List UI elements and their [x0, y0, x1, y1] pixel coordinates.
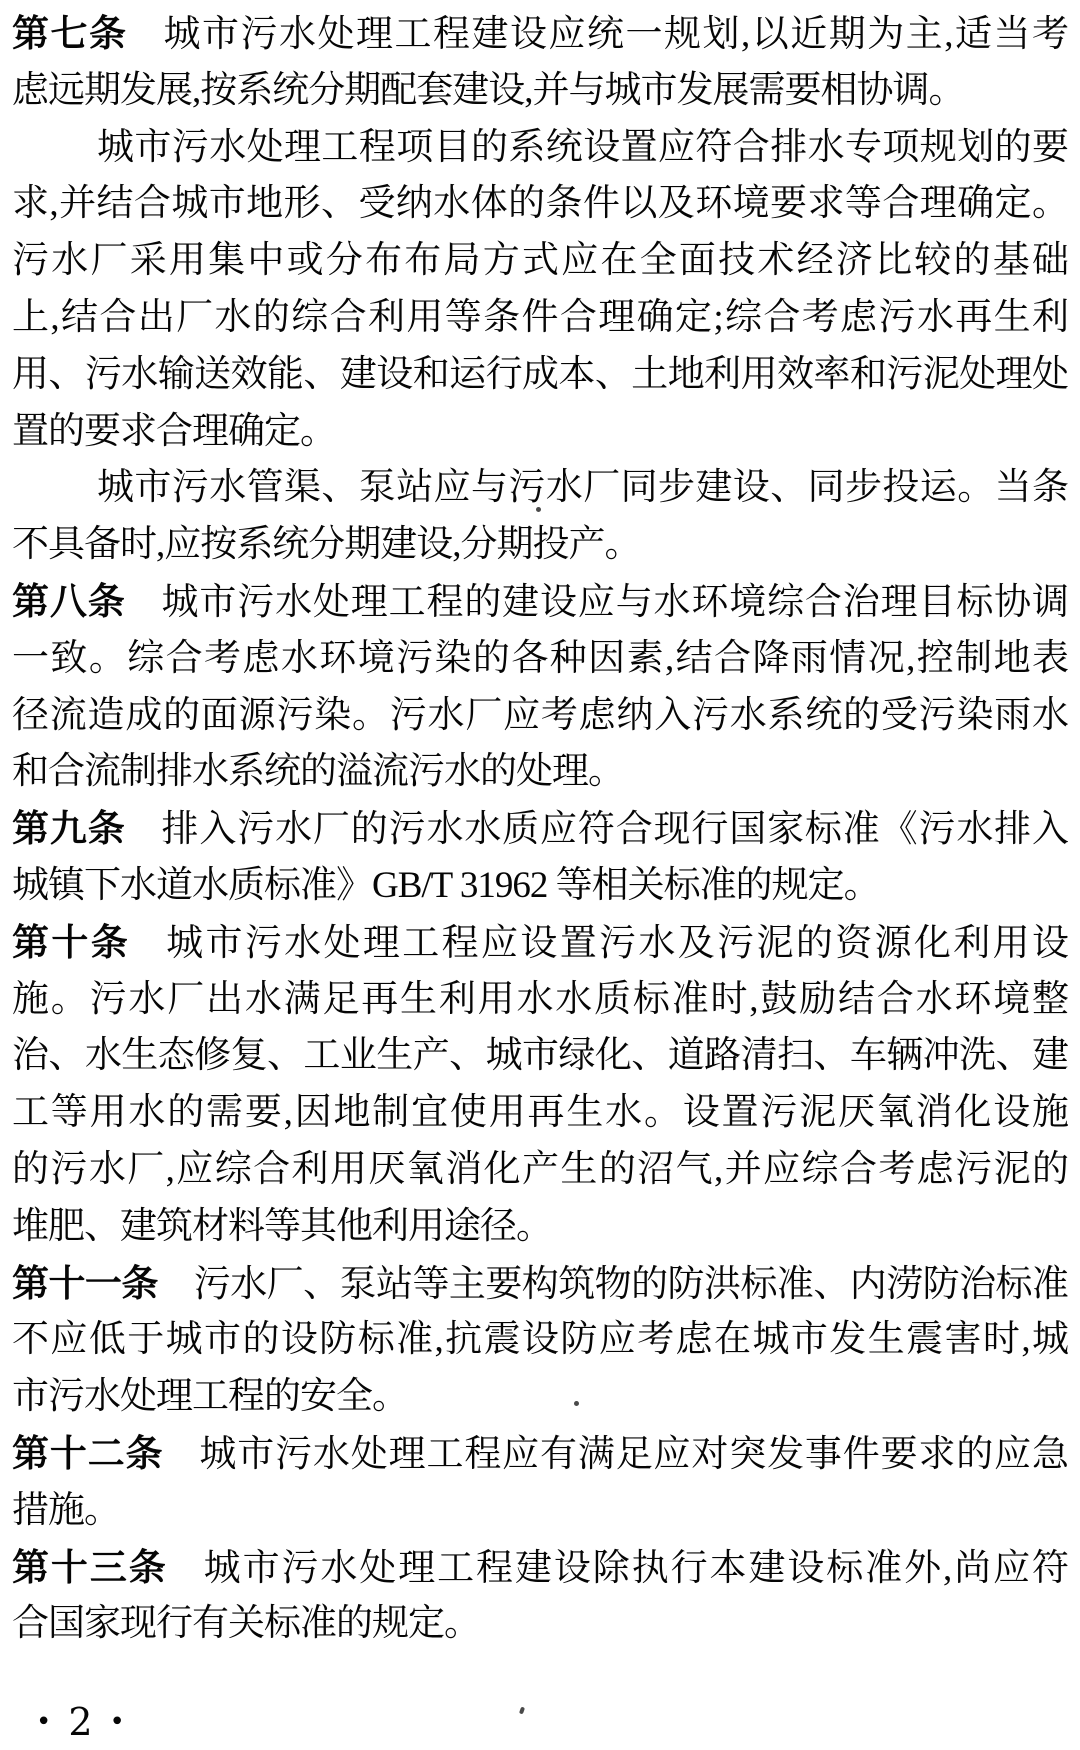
footer-dot-right: • [110, 1709, 125, 1735]
footer-dot-left: • [36, 1709, 51, 1735]
text-line: 用、污水输送效能、建设和运行成本、土地利用效率和污泥处理处 [12, 347, 1068, 404]
article-12-line: 第十二条城市污水处理工程应有满足应对突发事件要求的应急 [12, 1426, 1068, 1483]
document-body: 第七条城市污水处理工程建设应统一规划,以近期为主,适当考 虑远期发展,按系统分期… [12, 6, 1068, 1653]
text-line: 城市污水处理工程项目的系统设置应符合排水专项规划的要 [12, 120, 1068, 177]
text-line: 污水厂采用集中或分布布局方式应在全面技术经济比较的基础 [12, 233, 1068, 290]
article-9-line: 第九条排入污水厂的污水水质应符合现行国家标准《污水排入 [12, 801, 1068, 858]
article-13-line: 第十三条城市污水处理工程建设除执行本建设标准外,尚应符 [12, 1540, 1068, 1597]
article-10-number: 第十条 [12, 922, 130, 963]
line-text: 排入污水厂的污水水质应符合现行国家标准《污水排入 [162, 809, 1068, 850]
line-text: 城市污水处理工程建设应统一规划,以近期为主,适当考 [164, 14, 1069, 55]
article-13-number: 第十三条 [12, 1547, 168, 1588]
text-line: 合国家现行有关标准的规定。 [12, 1596, 1068, 1653]
scan-artifact [536, 507, 541, 512]
page-number: 2 [68, 1703, 92, 1741]
text-line: 措施。 [12, 1483, 1068, 1540]
article-11-line: 第十一条污水厂、泵站等主要构筑物的防洪标准、内涝防治标准 [12, 1256, 1068, 1313]
line-text: 污水厂、泵站等主要构筑物的防洪标准、内涝防治标准 [194, 1264, 1068, 1305]
scan-artifact [519, 1707, 525, 1715]
article-9-number: 第九条 [12, 808, 126, 849]
text-line: 径流造成的面源污染。污水厂应考虑纳入污水系统的受污染雨水 [12, 688, 1068, 745]
text-line: 不应低于城市的设防标准,抗震设防应考虑在城市发生震害时,城 [12, 1312, 1068, 1369]
article-10-line: 第十条城市污水处理工程应设置污水及污泥的资源化利用设 [12, 915, 1068, 972]
page-footer: • 2 • [36, 1703, 125, 1741]
article-12-number: 第十二条 [12, 1433, 163, 1474]
text-line: 和合流制排水系统的溢流污水的处理。 [12, 744, 1068, 801]
text-line: 的污水厂,应综合利用厌氧消化产生的沼气,并应综合考虑污泥的 [12, 1142, 1068, 1199]
text-line: 治、水生态修复、工业生产、城市绿化、道路清扫、车辆冲洗、建筑施 [12, 1028, 1068, 1085]
text-line: 一致。综合考虑水环境污染的各种因素,结合降雨情况,控制地表 [12, 631, 1068, 688]
line-text: 城市污水处理工程应有满足应对突发事件要求的应急 [199, 1434, 1068, 1475]
document-page: 第七条城市污水处理工程建设应统一规划,以近期为主,适当考 虑远期发展,按系统分期… [0, 0, 1080, 1750]
article-8-line: 第八条城市污水处理工程的建设应与水环境综合治理目标协调 [12, 574, 1068, 631]
text-line: 施。污水厂出水满足再生利用水水质标准时,鼓励结合水环境整 [12, 972, 1068, 1029]
article-8-number: 第八条 [12, 581, 126, 622]
text-line: 城镇下水道水质标准》GB/T 31962 等相关标准的规定。 [12, 858, 1068, 915]
article-11-number: 第十一条 [12, 1263, 158, 1304]
line-text: 城市污水处理工程应设置污水及污泥的资源化利用设 [166, 923, 1068, 964]
line-text: 城市污水处理工程建设除执行本建设标准外,尚应符 [204, 1548, 1068, 1589]
text-line: 虑远期发展,按系统分期配套建设,并与城市发展需要相协调。 [12, 63, 1068, 120]
article-7-line: 第七条城市污水处理工程建设应统一规划,以近期为主,适当考 [12, 6, 1068, 63]
text-line: 求,并结合城市地形、受纳水体的条件以及环境要求等合理确定。 [12, 176, 1068, 233]
scan-artifact [574, 1401, 579, 1406]
text-line: 置的要求合理确定。 [12, 404, 1068, 461]
text-line: 堆肥、建筑材料等其他利用途径。 [12, 1199, 1068, 1256]
text-line: 上,结合出厂水的综合利用等条件合理确定;综合考虑污水再生利 [12, 290, 1068, 347]
line-text: 城市污水处理工程的建设应与水环境综合治理目标协调 [162, 582, 1068, 623]
text-line: 不具备时,应按系统分期建设,分期投产。 [12, 517, 1068, 574]
article-7-number: 第七条 [12, 13, 128, 54]
text-line: 工等用水的需要,因地制宜使用再生水。设置污泥厌氧消化设施 [12, 1085, 1068, 1142]
text-line: 市污水处理工程的安全。 [12, 1369, 1068, 1426]
